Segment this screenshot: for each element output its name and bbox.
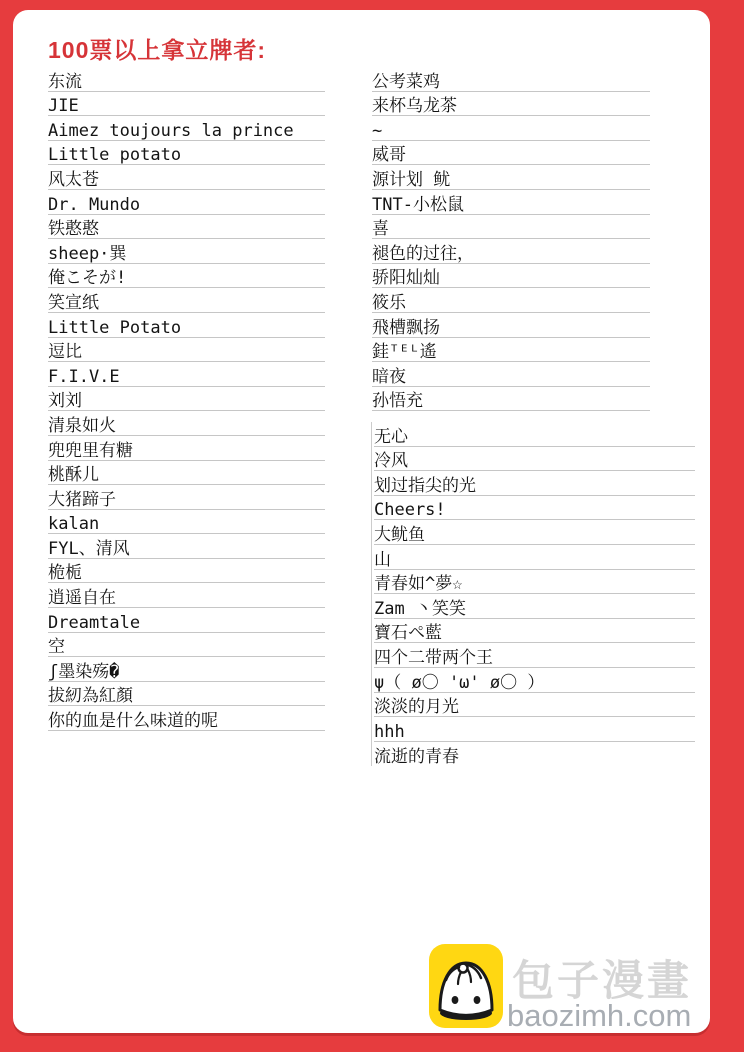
list-item: 源计划 鱿	[372, 165, 650, 190]
list-item: Dreamtale	[48, 608, 325, 633]
list-item: 暗夜	[372, 362, 650, 387]
list-item: 刘刘	[48, 387, 325, 412]
name-text: 喜	[372, 218, 389, 240]
name-text: Dr. Mundo	[48, 194, 140, 216]
list-item: 銈ᵀᴱᴸ遙	[372, 338, 650, 363]
name-text: 桅栀	[48, 562, 82, 584]
list-item: 大鱿鱼	[374, 520, 695, 545]
name-text: 兜兜里有糖	[48, 440, 133, 462]
list-item: 无心	[374, 422, 695, 447]
name-text: 清泉如火	[48, 415, 116, 437]
page-card: 100票以上拿立牌者: 东流JIEAimez toujours la princ…	[13, 10, 710, 1033]
list-item: 青春如^夢☆	[374, 570, 695, 595]
list-item: 孙悟充	[372, 387, 650, 412]
name-text: 大猪蹄子	[48, 489, 116, 511]
name-text: 铁憨憨	[48, 218, 99, 240]
list-item: 你的血是什么味道的呢	[48, 706, 325, 731]
name-text: 褪色的过往，	[372, 243, 474, 265]
list-item: JIE	[48, 92, 325, 117]
list-item: kalan	[48, 510, 325, 535]
name-text: 风太苍	[48, 169, 99, 191]
list-item: 喜	[372, 215, 650, 240]
name-list-right-top: 公考菜鸡来杯乌龙茶~威哥源计划 鱿TNT-小松鼠喜褪色的过往，骄阳灿灿筱乐飛槽飘…	[372, 67, 650, 411]
list-item: 桃酥儿	[48, 461, 325, 486]
brand-url-text: baozimh.com	[507, 998, 691, 1033]
list-item: 流逝的青春	[374, 742, 695, 767]
name-text: ʃ墨染殇�	[48, 661, 119, 683]
list-item: Dr. Mundo	[48, 190, 325, 215]
name-text: 冷风	[374, 450, 408, 472]
list-item: 淡淡的月光	[374, 693, 695, 718]
name-text: 划过指尖的光	[374, 475, 476, 497]
name-text: ~	[372, 120, 382, 142]
name-text: 筱乐	[372, 292, 406, 314]
list-item: 来杯乌龙茶	[372, 92, 650, 117]
name-text: 桃酥儿	[48, 464, 99, 486]
list-item: 骄阳灿灿	[372, 264, 650, 289]
name-text: 山	[374, 549, 391, 571]
name-text: kalan	[48, 513, 99, 535]
name-text: 威哥	[372, 144, 406, 166]
name-text: 逗比	[48, 341, 82, 363]
page-title: 100票以上拿立牌者:	[48, 32, 266, 65]
name-text: 流逝的青春	[374, 746, 459, 768]
list-item: sheep·巽	[48, 239, 325, 264]
list-item: Cheers!	[374, 496, 695, 521]
list-item: 空	[48, 633, 325, 658]
list-item: 冷风	[374, 447, 695, 472]
name-text: 骄阳灿灿	[372, 267, 440, 289]
name-text: 无心	[374, 426, 408, 448]
name-text: 来杯乌龙茶	[372, 95, 457, 117]
name-text: hhh	[374, 721, 405, 743]
name-text: 源计划 鱿	[372, 169, 450, 191]
list-item: ψ（ ø〇 'ω' ø〇 ）	[374, 668, 695, 693]
name-text: 淡淡的月光	[374, 696, 459, 718]
baozi-logo-icon	[429, 944, 503, 1028]
name-text: Aimez toujours la prince	[48, 120, 294, 142]
name-text: 寶石ペ藍	[374, 622, 442, 644]
name-text: 孙悟充	[372, 390, 423, 412]
list-item: ʃ墨染殇�	[48, 657, 325, 682]
name-text: 青春如^夢☆	[374, 573, 462, 595]
name-text: 拔紉為紅顏	[48, 685, 133, 707]
name-text: 逍遥自在	[48, 587, 116, 609]
name-text: 飛槽飘扬	[372, 317, 440, 339]
name-text: JIE	[48, 95, 79, 117]
list-item: 笑宣纸	[48, 288, 325, 313]
name-text: 公考菜鸡	[372, 71, 440, 93]
list-item: FYL、清风	[48, 534, 325, 559]
name-text: 銈ᵀᴱᴸ遙	[372, 341, 437, 363]
name-list-left: 东流JIEAimez toujours la princeLittle pota…	[48, 67, 325, 731]
name-text: 大鱿鱼	[374, 524, 425, 546]
name-text: 四个二带两个王	[374, 647, 493, 669]
list-item: 褪色的过往，	[372, 239, 650, 264]
list-item: F.I.V.E	[48, 362, 325, 387]
list-item: 威哥	[372, 141, 650, 166]
list-item: TNT-小松鼠	[372, 190, 650, 215]
list-item: 东流	[48, 67, 325, 92]
list-item: 逗比	[48, 338, 325, 363]
list-item: 山	[374, 545, 695, 570]
list-item: 飛槽飘扬	[372, 313, 650, 338]
name-text: 东流	[48, 71, 82, 93]
list-item: 四个二带两个王	[374, 643, 695, 668]
list-item: 桅栀	[48, 559, 325, 584]
name-text: 笑宣纸	[48, 292, 99, 314]
name-text: ψ（ ø〇 'ω' ø〇 ）	[374, 672, 544, 694]
name-text: Cheers!	[374, 499, 446, 521]
list-item: 风太苍	[48, 165, 325, 190]
list-item: 拔紉為紅顏	[48, 682, 325, 707]
name-text: F.I.V.E	[48, 366, 120, 388]
list-item: ~	[372, 116, 650, 141]
list-item: Aimez toujours la prince	[48, 116, 325, 141]
list-item: 筱乐	[372, 288, 650, 313]
list-item: 公考菜鸡	[372, 67, 650, 92]
list-item: 大猪蹄子	[48, 485, 325, 510]
name-text: 你的血是什么味道的呢	[48, 710, 218, 732]
list-item: 俺こそが!	[48, 264, 325, 289]
name-text: FYL、清风	[48, 538, 130, 560]
list-item: 铁憨憨	[48, 215, 325, 240]
name-text: 暗夜	[372, 366, 406, 388]
list-item: Zam 丶笑笑	[374, 594, 695, 619]
name-text: 刘刘	[48, 390, 82, 412]
list-item: hhh	[374, 717, 695, 742]
list-item: 划过指尖的光	[374, 471, 695, 496]
name-text: Dreamtale	[48, 612, 140, 634]
list-item: 逍遥自在	[48, 583, 325, 608]
name-text: TNT-小松鼠	[372, 194, 464, 216]
name-text: sheep·巽	[48, 243, 126, 265]
name-list-right-bottom: 无心冷风划过指尖的光Cheers!大鱿鱼山青春如^夢☆Zam 丶笑笑寶石ペ藍四个…	[371, 422, 695, 766]
name-text: 俺こそが!	[48, 267, 126, 289]
name-text: Zam 丶笑笑	[374, 598, 466, 620]
name-text: 空	[48, 636, 65, 658]
list-item: 兜兜里有糖	[48, 436, 325, 461]
name-text: Little Potato	[48, 317, 181, 339]
list-item: 寶石ペ藍	[374, 619, 695, 644]
list-item: 清泉如火	[48, 411, 325, 436]
name-text: Little potato	[48, 144, 181, 166]
list-item: Little potato	[48, 141, 325, 166]
list-item: Little Potato	[48, 313, 325, 338]
